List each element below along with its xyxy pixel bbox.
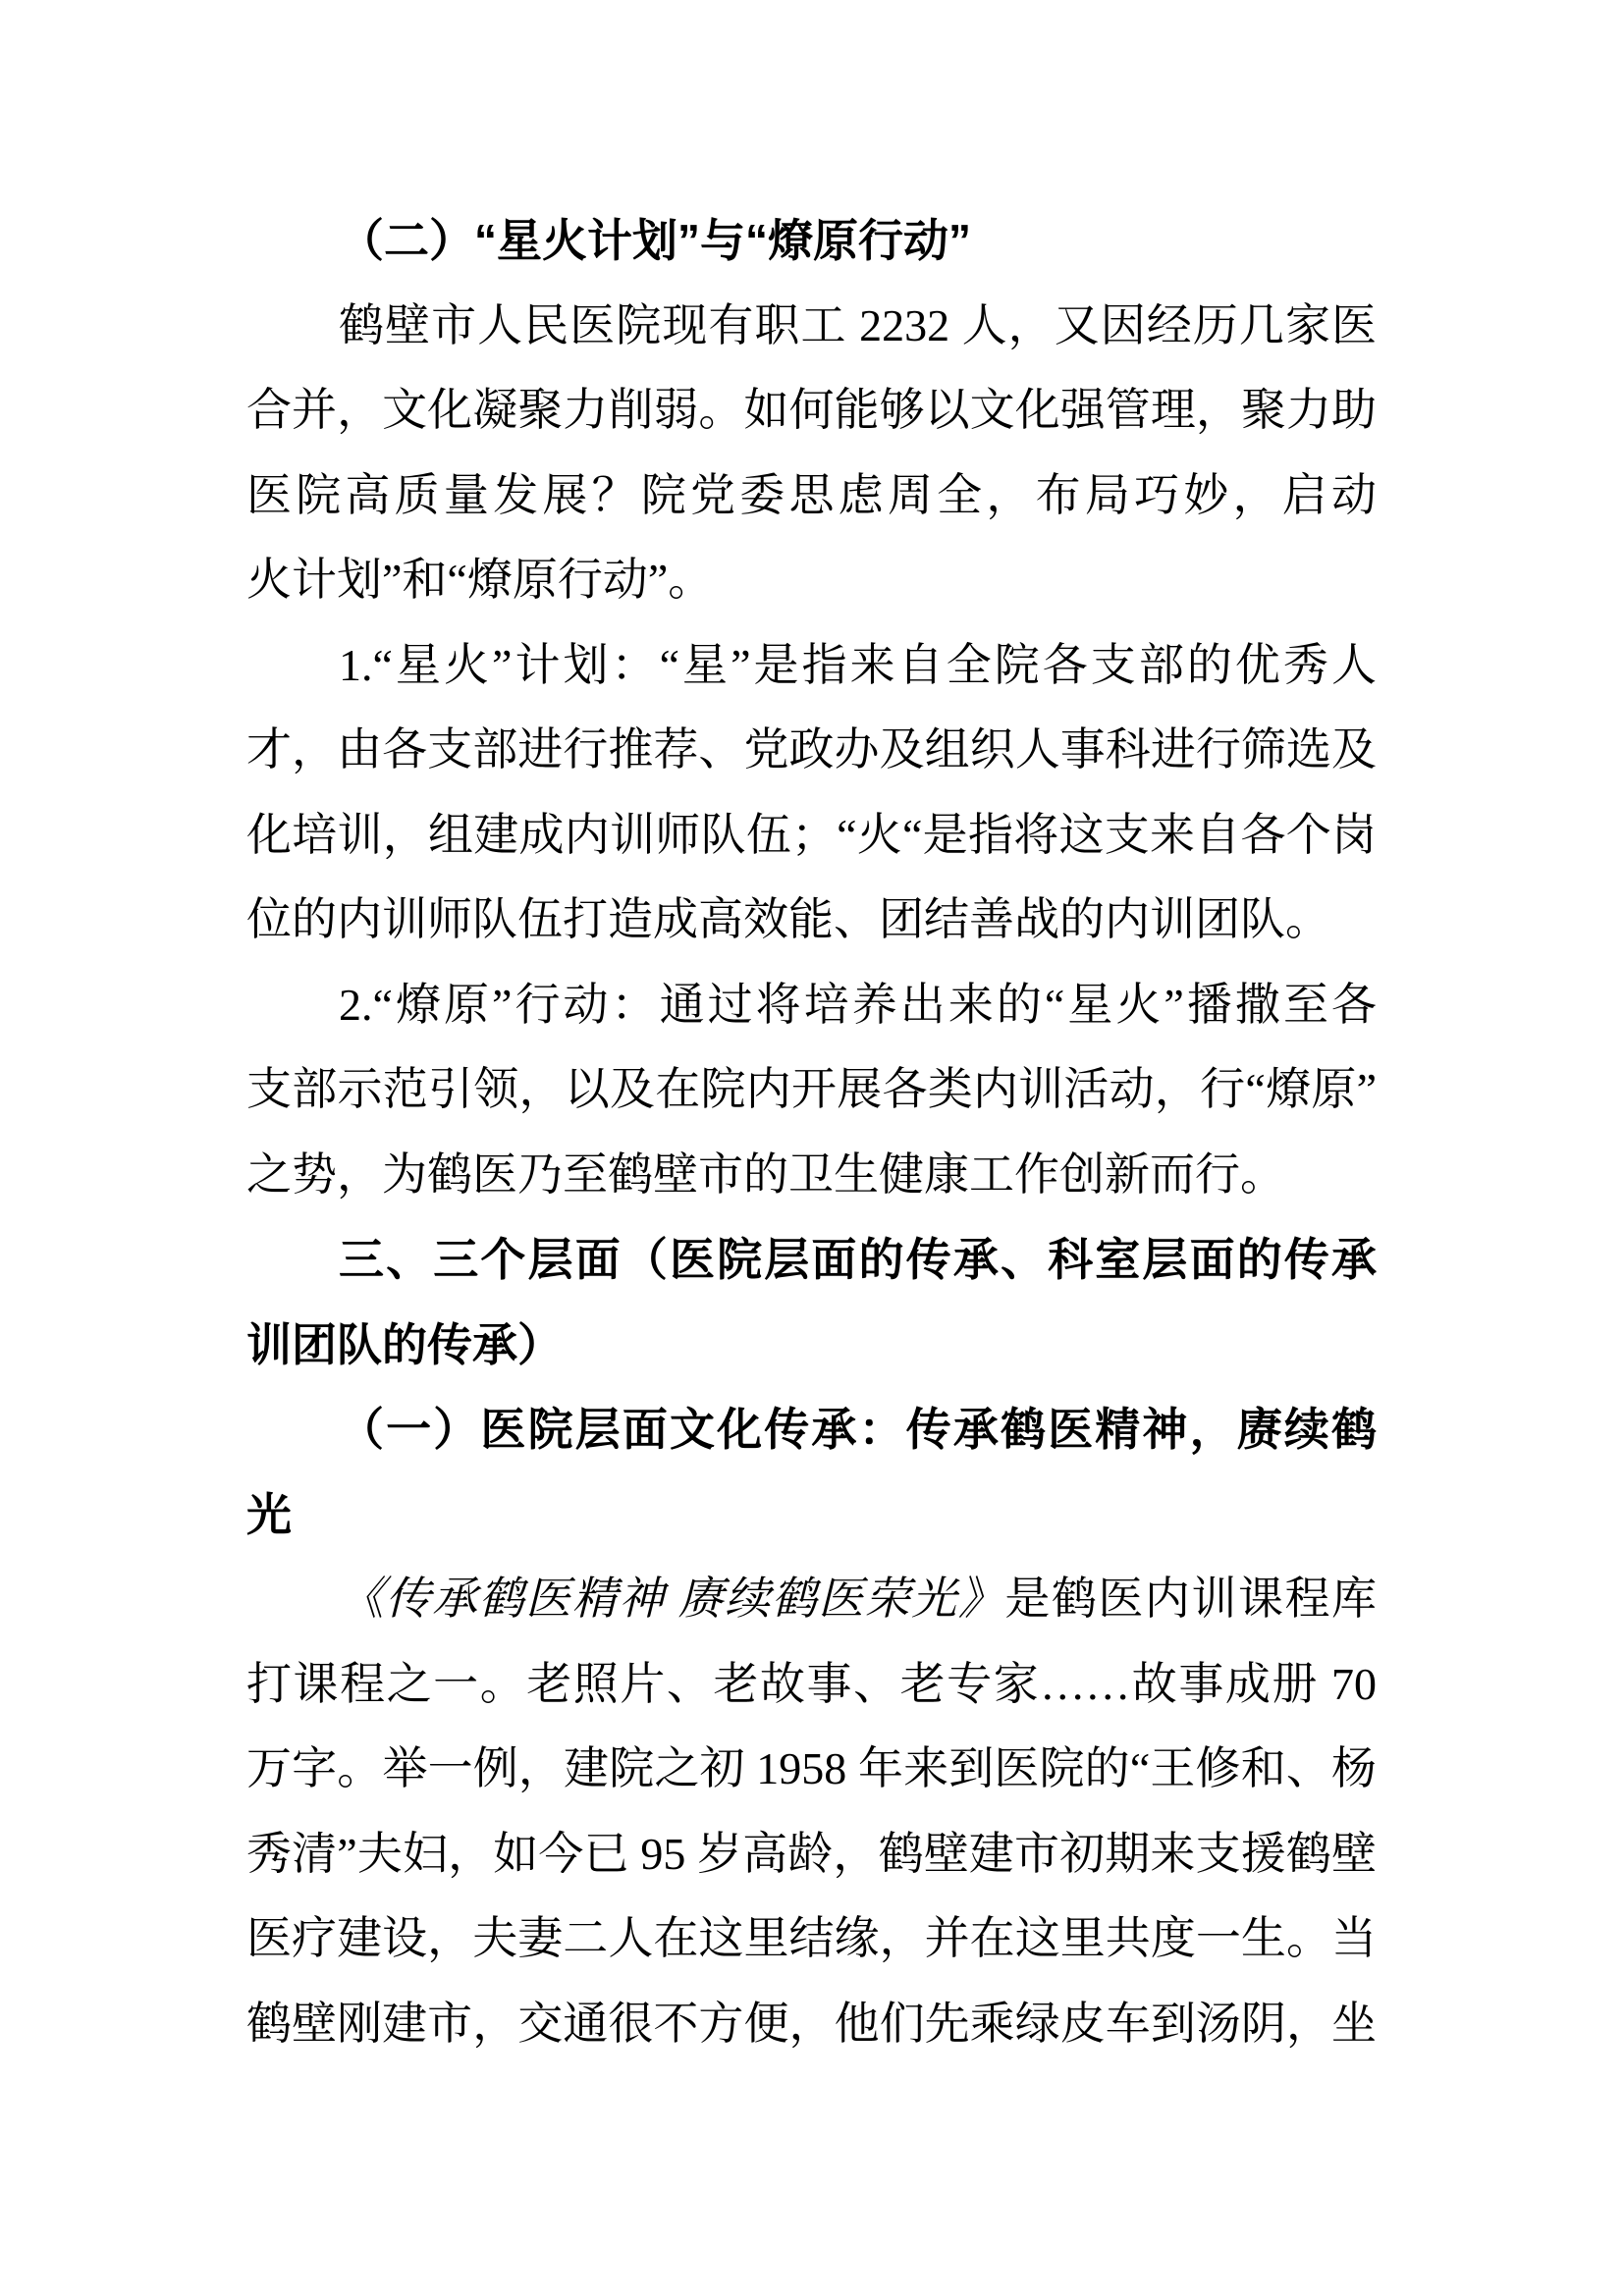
body-line: 化培训，组建成内训师队伍；“火“是指将这支来自各个岗 <box>246 793 1377 879</box>
body-line: 鹤壁刚建市，交通很不方便，他们先乘绿皮车到汤阴，坐闷 <box>246 1982 1377 2067</box>
section-heading: （二）“星火计划”与“燎原行动” <box>246 198 1377 284</box>
body-line: 2.“燎原”行动：通过将培养出来的“星火”播撒至各 <box>246 963 1377 1048</box>
body-line: 支部示范引领，以及在院内开展各类内训活动，行“燎原” <box>246 1047 1377 1133</box>
body-line: 鹤壁市人民医院现有职工 2232 人，又因经历几家医院 <box>246 284 1377 369</box>
document-content: （二）“星火计划”与“燎原行动” 鹤壁市人民医院现有职工 2232 人，又因经历… <box>246 198 1377 2066</box>
body-line: 才，由各支部进行推荐、党政办及组织人事科进行筛选及强 <box>246 708 1377 793</box>
body-line: 合并，文化凝聚力削弱。如何能够以文化强管理，聚力助推 <box>246 368 1377 454</box>
body-line: 之势，为鹤医乃至鹤壁市的卫生健康工作创新而行。 <box>246 1133 1377 1218</box>
section-heading: 三、三个层面（医院层面的传承、科室层面的传承和内 <box>246 1217 1377 1303</box>
body-line: 万字。举一例，建院之初 1958 年来到医院的“王修和、杨 <box>246 1727 1377 1812</box>
body-line: 火计划”和“燎原行动”。 <box>246 538 1377 623</box>
body-line: 医疗建设，夫妻二人在这里结缘，并在这里共度一生。当时 <box>246 1896 1377 1982</box>
body-line: 《传承鹤医精神 赓续鹤医荣光》是鹤医内训课程库主 <box>246 1557 1377 1642</box>
subsection-heading: 光 <box>246 1472 1377 1558</box>
document-page: （二）“星火计划”与“燎原行动” 鹤壁市人民医院现有职工 2232 人，又因经历… <box>0 0 1624 2296</box>
body-line: 医院高质量发展？院党委思虑周全，布局巧妙，启动了“星 <box>246 454 1377 539</box>
subsection-heading: （一）医院层面文化传承：传承鹤医精神，赓续鹤医荣 <box>246 1387 1377 1472</box>
section-heading: 训团队的传承） <box>246 1303 1377 1388</box>
body-line: 位的内训师队伍打造成高效能、团结善战的内训团队。 <box>246 878 1377 963</box>
body-line: 打课程之一。老照片、老故事、老专家……故事成册 70 余 <box>246 1642 1377 1728</box>
book-title: 《传承鹤医精神 赓续鹤医荣光》 <box>339 1574 1004 1624</box>
body-line: 1.“星火”计划：“星”是指来自全院各支部的优秀人 <box>246 623 1377 709</box>
body-line: 秀清”夫妇，如今已 95 岁高龄，鹤壁建市初期来支援鹤壁 <box>246 1812 1377 1897</box>
